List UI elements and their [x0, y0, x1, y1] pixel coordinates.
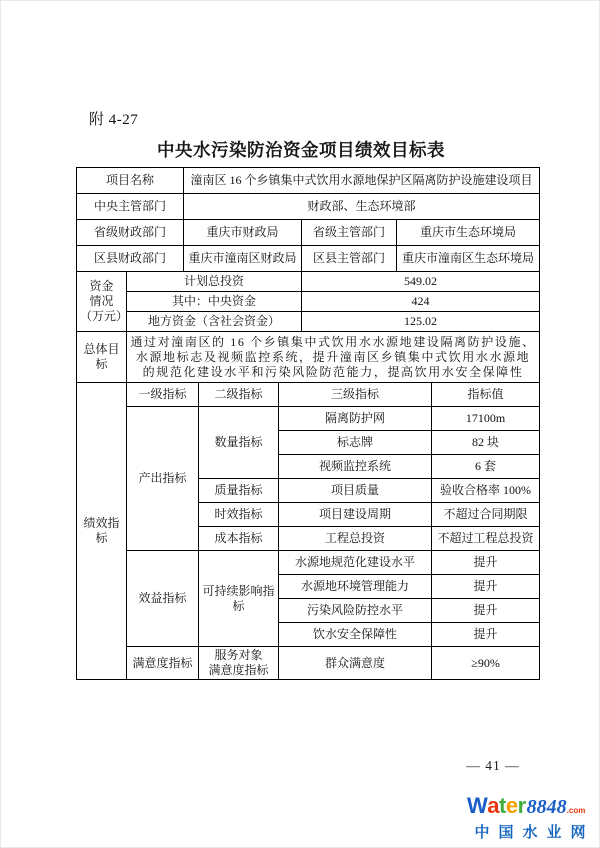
performance-section-label: 绩效指 标	[77, 383, 127, 680]
table-row: 总体目 标 通过对潼南区的 16 个乡镇集中式饮用水水源地建设隔离防护设施、水源…	[77, 332, 540, 383]
indicator-value: 提升	[432, 599, 540, 623]
indicator-name: 水源地规范化建设水平	[279, 551, 432, 575]
indicator-name: 群众满意度	[279, 647, 432, 680]
fund-item-value: 125.02	[302, 312, 540, 332]
project-name-label: 项目名称	[77, 168, 184, 194]
logo-tld: .com	[567, 807, 586, 815]
cost-indicator-label: 成本指标	[199, 527, 279, 551]
indicator-name: 项目建设周期	[279, 503, 432, 527]
indicator-name: 视频监控系统	[279, 455, 432, 479]
table-row: 效益指标 可持续影响指 标 水源地规范化建设水平 提升	[77, 551, 540, 575]
funds-section-label: 资金 情况 （万元）	[77, 272, 127, 332]
quality-indicator-label: 质量指标	[199, 479, 279, 503]
logo-letter: a	[487, 795, 499, 817]
central-dept-label: 中央主管部门	[77, 194, 184, 220]
header-level1: 一级指标	[127, 383, 199, 407]
indicator-name: 水源地环境管理能力	[279, 575, 432, 599]
indicator-name: 隔离防护网	[279, 407, 432, 431]
performance-target-table: 项目名称 潼南区 16 个乡镇集中式饮用水源地保护区隔离防护设施建设项目 中央主…	[76, 167, 540, 680]
table-row: 区县财政部门 重庆市潼南区财政局 区县主管部门 重庆市潼南区生态环境局	[77, 246, 540, 272]
provincial-dept-label: 省级主管部门	[302, 220, 397, 246]
fund-item-value: 549.02	[302, 272, 540, 292]
satisfaction-indicator-label: 满意度指标	[127, 647, 199, 680]
provincial-finance-value: 重庆市财政局	[184, 220, 302, 246]
page-number: — 41 —	[453, 758, 533, 774]
table-row: 资金 情况 （万元） 计划总投资 549.02	[77, 272, 540, 292]
indicator-value: 82 块	[432, 431, 540, 455]
header-value: 指标值	[432, 383, 540, 407]
indicator-value: 不超过合同期限	[432, 503, 540, 527]
indicator-name: 饮水安全保障性	[279, 623, 432, 647]
indicator-value: 验收合格率 100%	[432, 479, 540, 503]
county-finance-label: 区县财政部门	[77, 246, 184, 272]
indicator-value: 6 套	[432, 455, 540, 479]
fund-item-name: 地方资金（含社会资金）	[127, 312, 302, 332]
table-row: 省级财政部门 重庆市财政局 省级主管部门 重庆市生态环境局	[77, 220, 540, 246]
table-row: 地方资金（含社会资金） 125.02	[77, 312, 540, 332]
attachment-number: 附 4-27	[89, 108, 138, 129]
indicator-value: 提升	[432, 575, 540, 599]
fund-item-name: 计划总投资	[127, 272, 302, 292]
overall-goal-label: 总体目 标	[77, 332, 127, 383]
logo-wordmark: W a t e r 8848 .com	[467, 795, 593, 819]
service-target-label: 服务对象 满意度指标	[199, 647, 279, 680]
table-row: 其中：中央资金 424	[77, 292, 540, 312]
central-dept-value: 财政部、生态环境部	[184, 194, 540, 220]
indicator-name: 污染风险防控水平	[279, 599, 432, 623]
county-finance-value: 重庆市潼南区财政局	[184, 246, 302, 272]
fund-item-value: 424	[302, 292, 540, 312]
indicator-value: 不超过工程总投资	[432, 527, 540, 551]
table-row: 产出指标 数量指标 隔离防护网 17100m	[77, 407, 540, 431]
overall-goal-text: 通过对潼南区的 16 个乡镇集中式饮用水水源地建设隔离防护设施、水源地标志及视频…	[127, 332, 540, 383]
logo-letter: t	[499, 795, 506, 817]
header-level3: 三级指标	[279, 383, 432, 407]
table-row: 满意度指标 服务对象 满意度指标 群众满意度 ≥90%	[77, 647, 540, 680]
logo-letter: W	[467, 795, 487, 817]
indicator-value: 17100m	[432, 407, 540, 431]
logo-number: 8848	[527, 797, 567, 817]
table-row: 绩效指 标 一级指标 二级指标 三级指标 指标值	[77, 383, 540, 407]
timeliness-indicator-label: 时效指标	[199, 503, 279, 527]
header-level2: 二级指标	[199, 383, 279, 407]
document-page: 附 4-27 中央水污染防治资金项目绩效目标表 项目名称 潼南区 16 个乡镇集…	[0, 0, 600, 848]
quantity-indicator-label: 数量指标	[199, 407, 279, 479]
provincial-dept-value: 重庆市生态环境局	[397, 220, 540, 246]
benefit-indicator-label: 效益指标	[127, 551, 199, 647]
indicator-name: 标志牌	[279, 431, 432, 455]
county-dept-value: 重庆市潼南区生态环境局	[397, 246, 540, 272]
logo-letter: e	[506, 795, 518, 817]
fund-item-name: 其中：中央资金	[127, 292, 302, 312]
logo-letter: r	[518, 795, 526, 817]
county-dept-label: 区县主管部门	[302, 246, 397, 272]
indicator-value: 提升	[432, 551, 540, 575]
table-row: 项目名称 潼南区 16 个乡镇集中式饮用水源地保护区隔离防护设施建设项目	[77, 168, 540, 194]
provincial-finance-label: 省级财政部门	[77, 220, 184, 246]
indicator-name: 工程总投资	[279, 527, 432, 551]
output-indicator-label: 产出指标	[127, 407, 199, 551]
page-title: 中央水污染防治资金项目绩效目标表	[1, 137, 600, 162]
project-name-value: 潼南区 16 个乡镇集中式饮用水源地保护区隔离防护设施建设项目	[184, 168, 540, 194]
water8848-watermark-logo: W a t e r 8848 .com 中国水业网	[467, 795, 593, 842]
indicator-name: 项目质量	[279, 479, 432, 503]
logo-chinese-name: 中国水业网	[467, 821, 600, 842]
indicator-value: 提升	[432, 623, 540, 647]
table-row: 中央主管部门 财政部、生态环境部	[77, 194, 540, 220]
sustainable-indicator-label: 可持续影响指 标	[199, 551, 279, 647]
indicator-value: ≥90%	[432, 647, 540, 680]
